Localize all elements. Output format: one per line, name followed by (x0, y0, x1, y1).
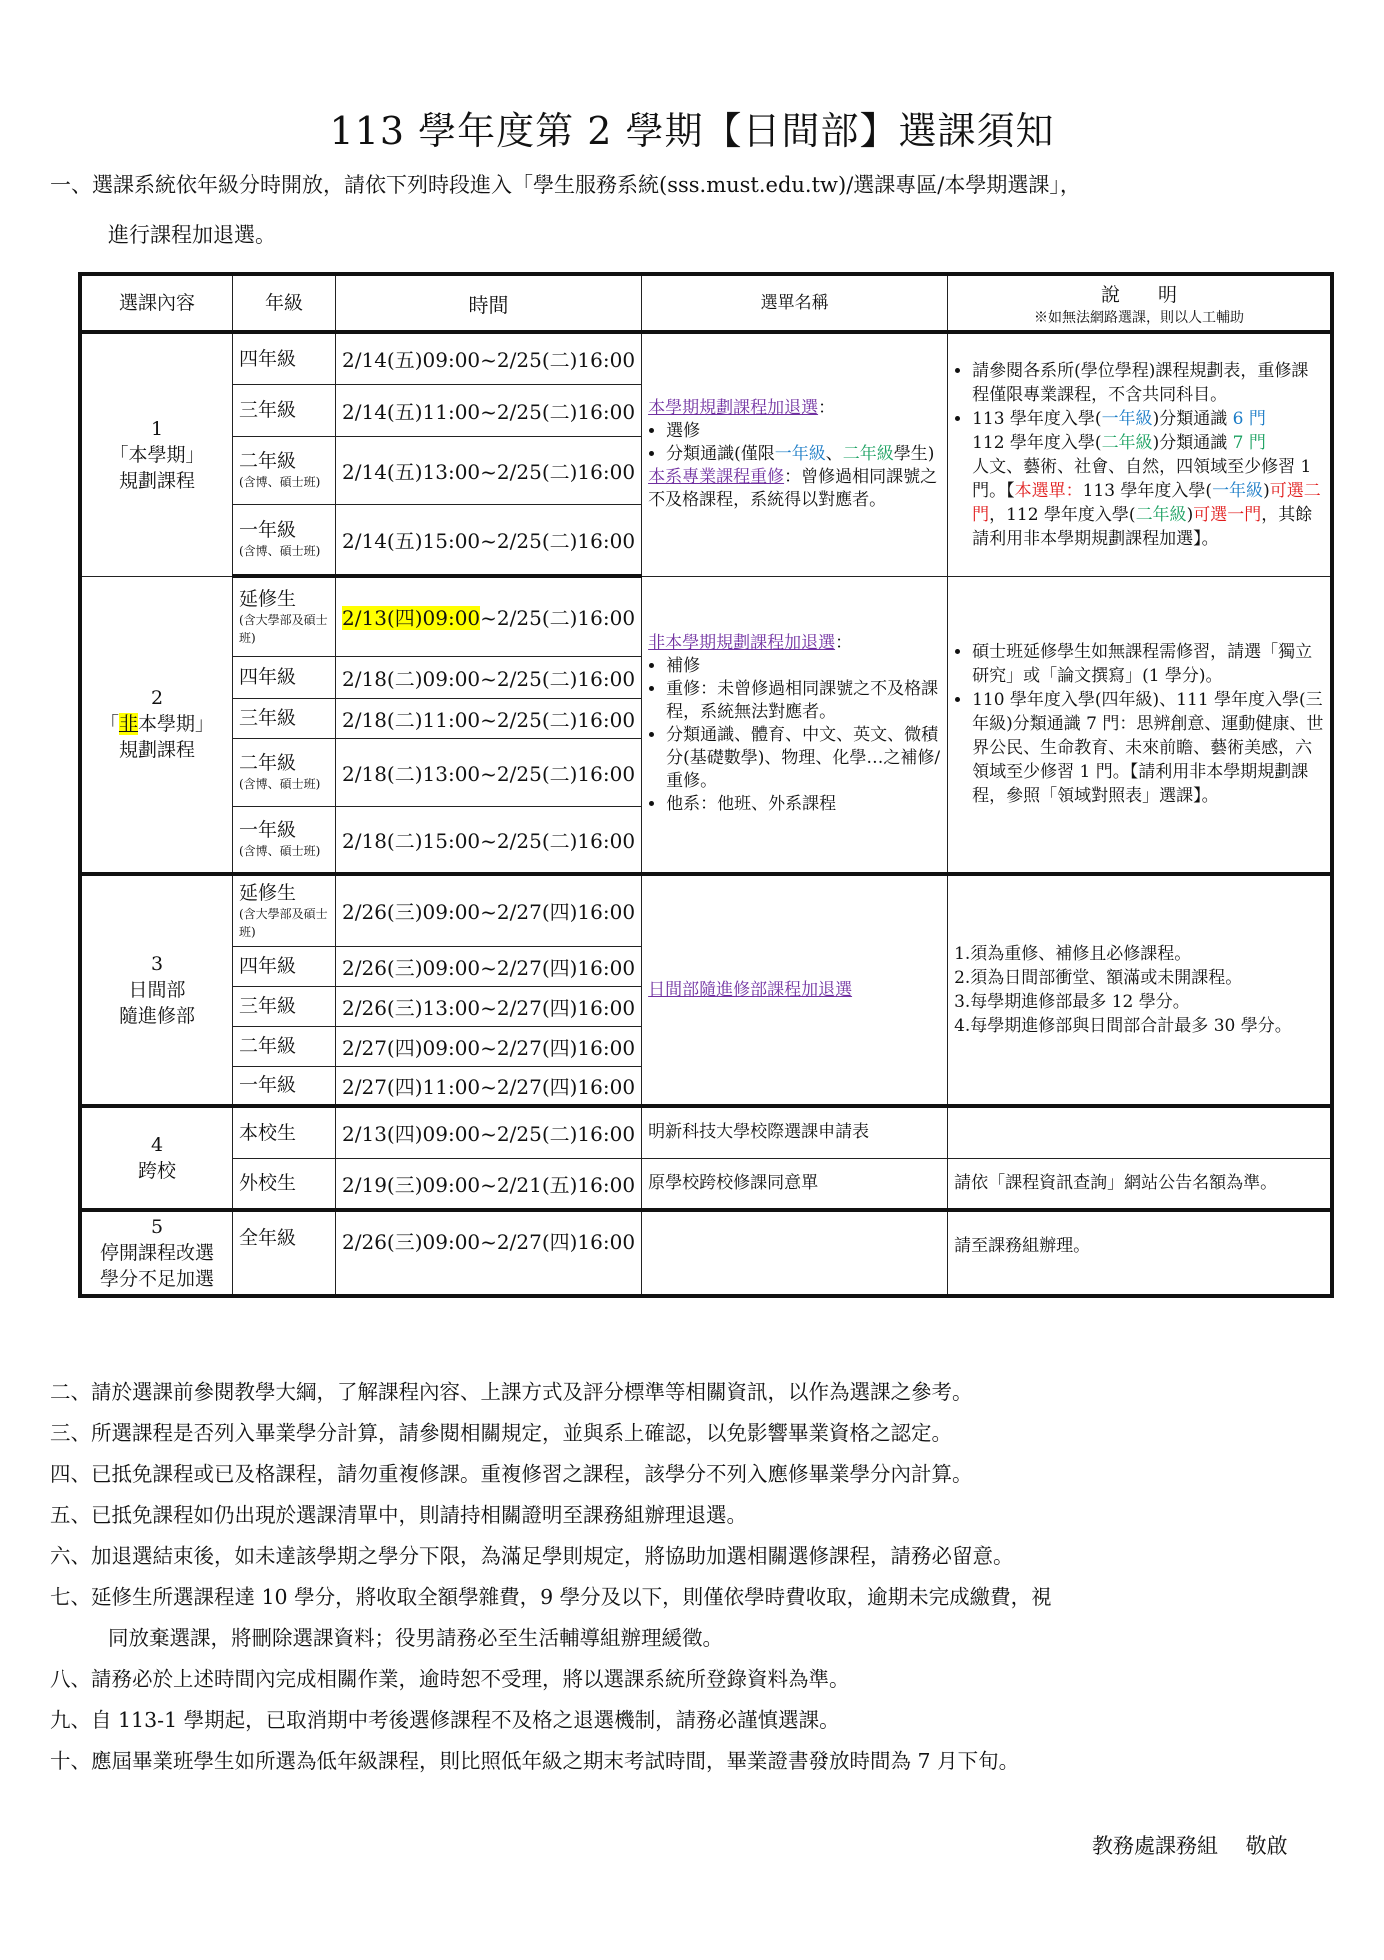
time-cell: 2/18(二)13:00~2/25(二)16:00 (336, 738, 642, 806)
header-form: 選單名稱 (642, 274, 948, 332)
grade-cell: 外校生 (233, 1158, 336, 1210)
grade-cell: 二年級 (233, 1026, 336, 1066)
grade-sub: (含博、碩士班) (239, 842, 329, 860)
form-cell: 原學校跨校修課同意單 (642, 1158, 948, 1210)
table-row: 1 「本學期」 規劃課程 四年級 2/14(五)09:00~2/25(二)16:… (80, 332, 1332, 384)
group-number: 1 (88, 416, 226, 442)
grade-sub: (含博、碩士班) (239, 473, 329, 491)
note-cell: 請依「課程資訊查詢」網站公告名額為準。 (948, 1158, 1332, 1210)
time-cell: 2/19(三)09:00~2/21(五)16:00 (336, 1158, 642, 1210)
note-cell: 請至課務組辦理。 (948, 1210, 1332, 1296)
grade-cell: 三年級 (233, 698, 336, 738)
table-row: 3 日間部 隨進修部 延修生(含大學部及碩士班) 2/26(三)09:00~2/… (80, 874, 1332, 946)
intro-line-1: 一、選課系統依年級分時開放，請依下列時段進入「學生服務系統(sss.must.e… (50, 170, 1081, 200)
form-link-evening-division[interactable]: 日間部隨進修部課程加退選 (648, 980, 852, 1000)
text: )分類通識 (1153, 433, 1233, 453)
text-green: 二年級 (1136, 505, 1187, 525)
signature: 教務處課務組 敬啟 (1092, 1830, 1288, 1860)
grade-label: 一年級 (239, 1073, 329, 1097)
group-name: 規劃課程 (88, 468, 226, 494)
page-title: 113 學年度第 2 學期【日間部】選課須知 (0, 100, 1384, 155)
group-2-note: 碩士班延修學生如無課程需修習，請選「獨立研究」或「論文撰寫」(1 學分)。 11… (948, 576, 1332, 874)
note-item: 七、延修生所選課程達 10 學分，將收取全額學雜費，9 學分及以下，則僅依學時費… (50, 1580, 1052, 1610)
highlighted-text: 非 (119, 713, 138, 735)
header-grade: 年級 (233, 274, 336, 332)
header-note: 說 明 ※如無法網路選課，則以人工輔助 (948, 274, 1332, 332)
time-cell: 2/18(二)11:00~2/25(二)16:00 (336, 698, 642, 738)
grade-cell: 一年級(含博、碩士班) (233, 806, 336, 874)
grade-sub: (含博、碩士班) (239, 775, 329, 793)
grade-label: 延修生 (239, 881, 329, 905)
list-item: 補修 (666, 655, 941, 678)
note-item: 六、加退選結束後，如未達該學期之學分下限，為滿足學則規定，將協助加選相關選修課程… (50, 1539, 1014, 1569)
text: 113 學年度入學( (1083, 481, 1212, 501)
header-note-sub: ※如無法網路選課，則以人工輔助 (954, 307, 1324, 327)
table-row: 4 跨校 本校生 2/13(四)09:00~2/25(二)16:00 明新科技大… (80, 1106, 1332, 1158)
table-row: 2 「非本學期」 規劃課程 延修生(含大學部及碩士班) 2/13(四)09:00… (80, 576, 1332, 656)
text: 本學期」 (138, 713, 214, 735)
group-name: 「本學期」 (88, 442, 226, 468)
time-cell: 2/27(四)09:00~2/27(四)16:00 (336, 1026, 642, 1066)
text: ，112 學年度入學( (989, 505, 1135, 525)
group-3-form: 日間部隨進修部課程加退選 (642, 874, 948, 1106)
note-item-continued: 同放棄選課，將刪除選課資料；役男請務必至生活輔導組辦理緩徵。 (108, 1621, 723, 1651)
grade-cell: 三年級 (233, 384, 336, 436)
header-note-title: 說 明 (1101, 284, 1177, 306)
group-name: 跨校 (88, 1158, 226, 1184)
time-cell: 2/13(四)09:00~2/25(二)16:00 (336, 576, 642, 656)
grade-cell: 延修生(含大學部及碩士班) (233, 874, 336, 946)
table-header-row: 選課內容 年級 時間 選單名稱 說 明 ※如無法網路選課，則以人工輔助 (80, 274, 1332, 332)
time-cell: 2/26(三)09:00~2/27(四)16:00 (336, 946, 642, 986)
list-item: 分類通識(僅限一年級、二年級學生) (666, 443, 941, 466)
time-cell: 2/14(五)09:00~2/25(二)16:00 (336, 332, 642, 384)
table-row: 5 停開課程改選 學分不足加選 全年級 2/26(三)09:00~2/27(四)… (80, 1210, 1332, 1296)
table-row: 外校生 2/19(三)09:00~2/21(五)16:00 原學校跨校修課同意單… (80, 1158, 1332, 1210)
highlighted-time: 2/13(四)09:00 (342, 606, 480, 630)
time-cell: 2/18(二)09:00~2/25(二)16:00 (336, 656, 642, 698)
grade-label: 一年級 (239, 818, 329, 842)
text: 分類通識(僅限 (666, 444, 775, 464)
list-item: 3.每學期進修部最多 12 學分。 (954, 990, 1324, 1014)
grade-label: 三年級 (239, 994, 329, 1018)
list-item: 重修：未曾修過相同課號之不及格課程，系統無法對應者。 (666, 678, 941, 724)
text: 學生) (894, 444, 935, 464)
time-cell: 2/14(五)13:00~2/25(二)16:00 (336, 436, 642, 504)
note-item: 二、請於選課前參閱教學大綱，了解課程內容、上課方式及評分標準等相關資訊，以作為選… (50, 1375, 973, 1405)
text-blue: 6 門 (1233, 409, 1266, 429)
form-cell (642, 1210, 948, 1296)
note-item: 四、已抵免課程或已及格課程，請勿重複修課。重複修習之課程，該學分不列入應修畢業學… (50, 1457, 973, 1487)
grade-cell: 全年級 (233, 1210, 336, 1296)
grade-cell: 延修生(含大學部及碩士班) (233, 576, 336, 656)
list-item: 請參閱各系所(學位學程)課程規劃表，重修課程僅限專業課程，不含共同科目。 (972, 359, 1324, 407)
time-cell: 2/13(四)09:00~2/25(二)16:00 (336, 1106, 642, 1158)
grade-cell: 本校生 (233, 1106, 336, 1158)
grade-label: 四年級 (239, 347, 329, 371)
time-cell: 2/26(三)13:00~2/27(四)16:00 (336, 986, 642, 1026)
note-item: 三、所選課程是否列入畢業學分計算，請參閱相關規定，並與系上確認，以免影響畢業資格… (50, 1416, 952, 1446)
colon: ： (835, 633, 852, 653)
text-green: 二年級 (1102, 433, 1153, 453)
text: ~2/25(二)16:00 (480, 606, 635, 630)
list-item: 碩士班延修學生如無課程需修習，請選「獨立研究」或「論文撰寫」(1 學分)。 (972, 640, 1324, 688)
list-item: 1.須為重修、補修且必修課程。 (954, 942, 1324, 966)
group-name: 隨進修部 (88, 1003, 226, 1029)
form-link-current-semester[interactable]: 本學期規劃課程加退選 (648, 398, 818, 418)
text-green: 二年級 (843, 444, 894, 464)
grade-sub: (含大學部及碩士班) (239, 905, 329, 941)
note-item: 九、自 113-1 學期起，已取消期中考後選修課程不及格之退選機制，請務必謹慎選… (50, 1703, 840, 1733)
grade-cell: 一年級(含博、碩士班) (233, 504, 336, 576)
group-5-category: 5 停開課程改選 學分不足加選 (80, 1210, 233, 1296)
grade-sub: (含博、碩士班) (239, 542, 329, 560)
text: 113 學年度入學( (972, 409, 1101, 429)
text: 「 (100, 713, 119, 735)
time-cell: 2/14(五)15:00~2/25(二)16:00 (336, 504, 642, 576)
text-blue: 一年級 (1102, 409, 1153, 429)
group-3-category: 3 日間部 隨進修部 (80, 874, 233, 1106)
grade-cell: 三年級 (233, 986, 336, 1026)
grade-label: 一年級 (239, 518, 329, 542)
grade-label: 三年級 (239, 398, 329, 422)
header-category: 選課內容 (80, 274, 233, 332)
group-4-category: 4 跨校 (80, 1106, 233, 1210)
note-cell (948, 1106, 1332, 1158)
note-item: 五、已抵免課程如仍出現於選課清單中，則請持相關證明至課務組辦理退選。 (50, 1498, 747, 1528)
colon: ： (818, 398, 835, 418)
form-link-non-current-semester[interactable]: 非本學期規劃課程加退選 (648, 633, 835, 653)
time-cell: 2/27(四)11:00~2/27(四)16:00 (336, 1066, 642, 1106)
group-1-note: 請參閱各系所(學位學程)課程規劃表，重修課程僅限專業課程，不含共同科目。 113… (948, 332, 1332, 576)
list-item: 2.須為日間部衝堂、額滿或未開課程。 (954, 966, 1324, 990)
group-name: 學分不足加選 (84, 1266, 230, 1292)
grade-label: 二年級 (239, 751, 329, 775)
group-1-form: 本學期規劃課程加退選： 選修 分類通識(僅限一年級、二年級學生) 本系專業課程重… (642, 332, 948, 576)
grade-cell: 一年級 (233, 1066, 336, 1106)
group-number: 3 (88, 951, 226, 977)
grade-sub: (含大學部及碩士班) (239, 611, 329, 647)
group-number: 2 (88, 685, 226, 711)
group-name: 規劃課程 (88, 737, 226, 763)
grade-label: 三年級 (239, 706, 329, 730)
group-3-note: 1.須為重修、補修且必修課程。 2.須為日間部衝堂、額滿或未開課程。 3.每學期… (948, 874, 1332, 1106)
list-item: 分類通識、體育、中文、英文、微積分(基礎數學)、物理、化學…之補修/重修。 (666, 724, 941, 793)
time-cell: 2/14(五)11:00~2/25(二)16:00 (336, 384, 642, 436)
text: ) (1263, 481, 1270, 501)
text-green: 7 門 (1233, 433, 1266, 453)
form-cell: 明新科技大學校際選課申請表 (642, 1106, 948, 1158)
grade-cell: 二年級(含博、碩士班) (233, 738, 336, 806)
list-item: 選修 (666, 420, 941, 443)
text-blue: 一年級 (1212, 481, 1263, 501)
time-cell: 2/26(三)09:00~2/27(四)16:00 (336, 1210, 642, 1296)
grade-cell: 四年級 (233, 332, 336, 384)
list-item: 4.每學期進修部與日間部合計最多 30 學分。 (954, 1014, 1324, 1038)
note-item: 八、請務必於上述時間內完成相關作業，逾時恕不受理，將以選課系統所登錄資料為準。 (50, 1662, 850, 1692)
grade-label: 二年級 (239, 1034, 329, 1058)
group-name: 日間部 (88, 977, 226, 1003)
group-1-category: 1 「本學期」 規劃課程 (80, 332, 233, 576)
grade-cell: 四年級 (233, 946, 336, 986)
group-name: 停開課程改選 (84, 1240, 230, 1266)
grade-label: 四年級 (239, 665, 329, 689)
grade-cell: 二年級(含博、碩士班) (233, 436, 336, 504)
schedule-table: 選課內容 年級 時間 選單名稱 說 明 ※如無法網路選課，則以人工輔助 1 「本… (78, 272, 1334, 1298)
grade-label: 二年級 (239, 449, 329, 473)
list-item: 110 學年度入學(四年級)、111 學年度入學(三年級)分類通識 7 門：思辨… (972, 688, 1324, 808)
header-time: 時間 (336, 274, 642, 332)
form-link-retake[interactable]: 本系專業課程重修 (648, 467, 784, 487)
time-cell: 2/18(二)15:00~2/25(二)16:00 (336, 806, 642, 874)
list-item: 他系：他班、外系課程 (666, 793, 941, 816)
group-number: 4 (88, 1132, 226, 1158)
list-item: 113 學年度入學(一年級)分類通識 6 門 112 學年度入學(二年級)分類通… (972, 407, 1324, 551)
text-red: 本選單： (1015, 481, 1083, 501)
text: 112 學年度入學( (972, 433, 1101, 453)
text-blue: 一年級 (775, 444, 826, 464)
note-item: 十、應屆畢業班學生如所選為低年級課程，則比照低年級之期末考試時間，畢業證書發放時… (50, 1744, 1019, 1774)
group-number: 5 (84, 1214, 230, 1240)
group-2-form: 非本學期規劃課程加退選： 補修 重修：未曾修過相同課號之不及格課程，系統無法對應… (642, 576, 948, 874)
grade-label: 四年級 (239, 954, 329, 978)
time-cell: 2/26(三)09:00~2/27(四)16:00 (336, 874, 642, 946)
text: 、 (826, 444, 843, 464)
grade-label: 延修生 (239, 587, 329, 611)
text: )分類通識 (1153, 409, 1233, 429)
group-name: 「非本學期」 (88, 711, 226, 737)
grade-cell: 四年級 (233, 656, 336, 698)
text-red: 可選一門 (1193, 505, 1261, 525)
group-2-category: 2 「非本學期」 規劃課程 (80, 576, 233, 874)
intro-line-2: 進行課程加退選。 (108, 220, 276, 250)
